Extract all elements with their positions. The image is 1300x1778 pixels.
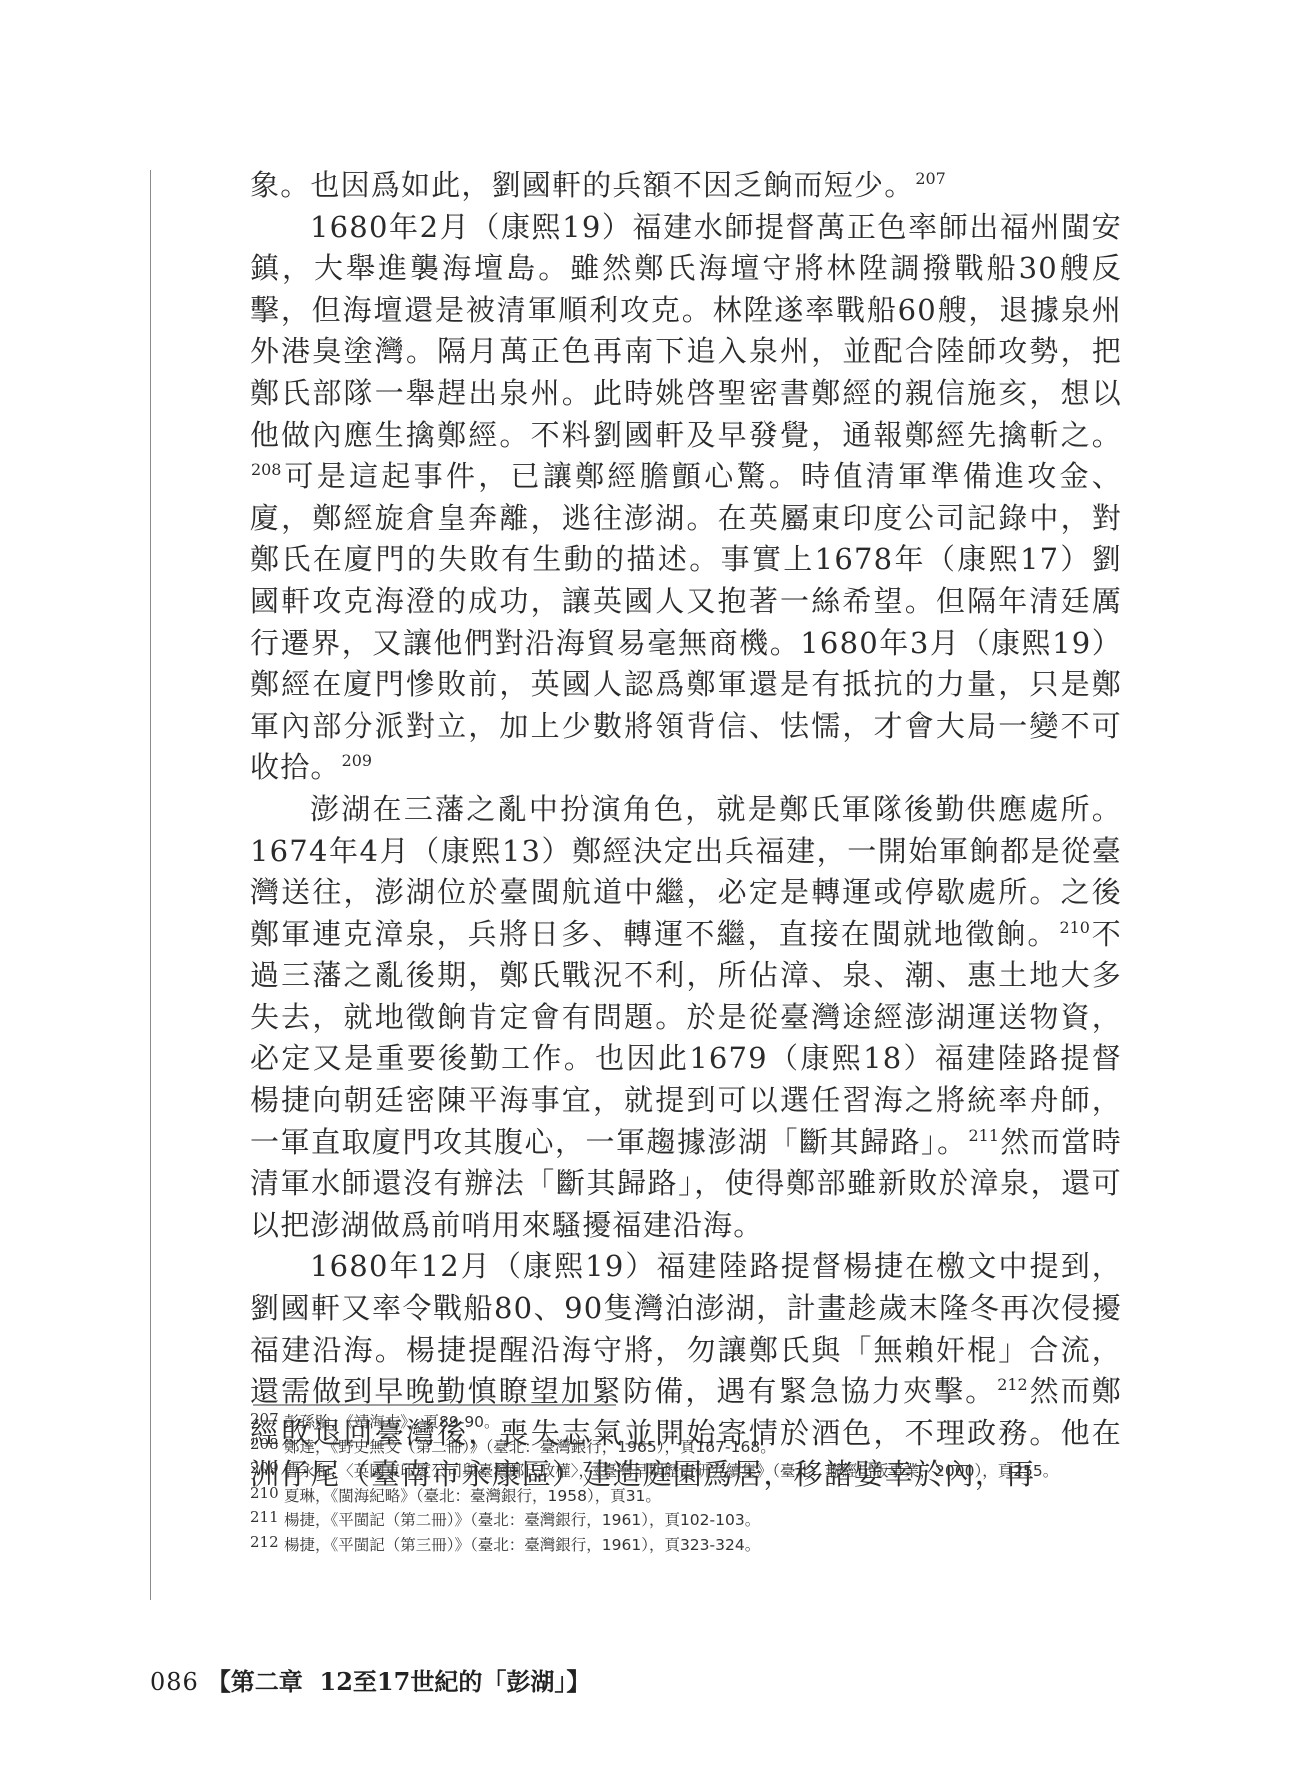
paragraph-text: 1680年2月（康熙19）福建水師提督萬正色率師出福州閩安鎮，大舉進襲海壇島。雖…	[250, 210, 1122, 452]
footnote-ref[interactable]: 211	[969, 1126, 999, 1145]
paragraph-text: 1680年12月（康熙19）福建陸路提督楊捷在檄文中提到，劉國軒又率令戰船80、…	[250, 1249, 1122, 1408]
footnote-item: 209曹永和，〈英國東印度公司與臺灣鄭氏政權〉，《臺灣早期歷史研究續集》（臺北：…	[250, 1459, 1150, 1484]
margin-rule	[150, 170, 151, 1600]
footnote-text: 夏琳，《閩海紀略》（臺北：臺灣銀行，1958），頁31。	[284, 1487, 661, 1505]
paragraph: 象。也因爲如此，劉國軒的兵額不因乏餉而短少。207	[250, 165, 1122, 207]
footnotes: 207彭孫貽，《靖海志》，頁89-90。208鄭達，《野史無文（第二冊）》（臺北…	[250, 1410, 1150, 1557]
footnote-number: 209	[250, 1456, 279, 1481]
footnote-ref[interactable]: 207	[915, 169, 945, 188]
footnote-item: 210夏琳，《閩海紀略》（臺北：臺灣銀行，1958），頁31。	[250, 1484, 1150, 1509]
paragraph: 1680年2月（康熙19）福建水師提督萬正色率師出福州閩安鎮，大舉進襲海壇島。雖…	[250, 207, 1122, 789]
footnote-ref[interactable]: 209	[342, 751, 372, 770]
footnote-number: 208	[250, 1432, 279, 1457]
running-title: 【第二章 12至17世紀的「彭湖」】	[207, 1667, 591, 1696]
footnote-number: 207	[250, 1407, 279, 1432]
page-footer: 086【第二章 12至17世紀的「彭湖」】	[150, 1662, 590, 1697]
paragraph: 澎湖在三藩之亂中扮演角色，就是鄭氏軍隊後勤供應處所。1674年4月（康熙13）鄭…	[250, 789, 1122, 1247]
paragraph-text: 象。也因爲如此，劉國軒的兵額不因乏餉而短少。	[250, 168, 914, 202]
body-text: 象。也因爲如此，劉國軒的兵額不因乏餉而短少。2071680年2月（康熙19）福建…	[250, 165, 1122, 1496]
footnote-ref[interactable]: 212	[997, 1375, 1027, 1394]
footnote-number: 211	[250, 1505, 279, 1530]
footnote-number: 210	[250, 1481, 279, 1506]
footnote-number: 212	[250, 1530, 279, 1555]
footnote-ref[interactable]: 208	[251, 460, 281, 479]
footnote-text: 彭孫貽，《靖海志》，頁89-90。	[284, 1413, 500, 1431]
footnote-text: 楊捷，《平閩記（第二冊）》（臺北：臺灣銀行，1961），頁102-103。	[284, 1511, 760, 1529]
footnote-item: 208鄭達，《野史無文（第二冊）》（臺北：臺灣銀行，1965），頁167-168…	[250, 1435, 1150, 1460]
footnote-item: 212楊捷，《平閩記（第三冊）》（臺北：臺灣銀行，1961），頁323-324。	[250, 1533, 1150, 1558]
footnote-text: 鄭達，《野史無文（第二冊）》（臺北：臺灣銀行，1965），頁167-168。	[284, 1438, 776, 1456]
page-number: 086	[150, 1668, 199, 1696]
footnote-item: 207彭孫貽，《靖海志》，頁89-90。	[250, 1410, 1150, 1435]
footnote-ref[interactable]: 210	[1059, 918, 1089, 937]
paragraph-text: 不過三藩之亂後期，鄭氏戰況不利，所佔漳、泉、潮、惠土地大多失去，就地徵餉肯定會有…	[250, 917, 1122, 1159]
footnote-item: 211楊捷，《平閩記（第二冊）》（臺北：臺灣銀行，1961），頁102-103。	[250, 1508, 1150, 1533]
paragraph-text: 澎湖在三藩之亂中扮演角色，就是鄭氏軍隊後勤供應處所。1674年4月（康熙13）鄭…	[250, 792, 1122, 951]
footnote-separator	[253, 1404, 616, 1406]
footnote-text: 楊捷，《平閩記（第三冊）》（臺北：臺灣銀行，1961），頁323-324。	[284, 1536, 760, 1554]
paragraph-text: 可是這起事件，已讓鄭經膽顫心驚。時值清軍準備進攻金、廈，鄭經旋倉皇奔離，逃往澎湖…	[250, 459, 1122, 784]
footnote-text: 曹永和，〈英國東印度公司與臺灣鄭氏政權〉，《臺灣早期歷史研究續集》（臺北：聯經出…	[284, 1462, 1058, 1480]
